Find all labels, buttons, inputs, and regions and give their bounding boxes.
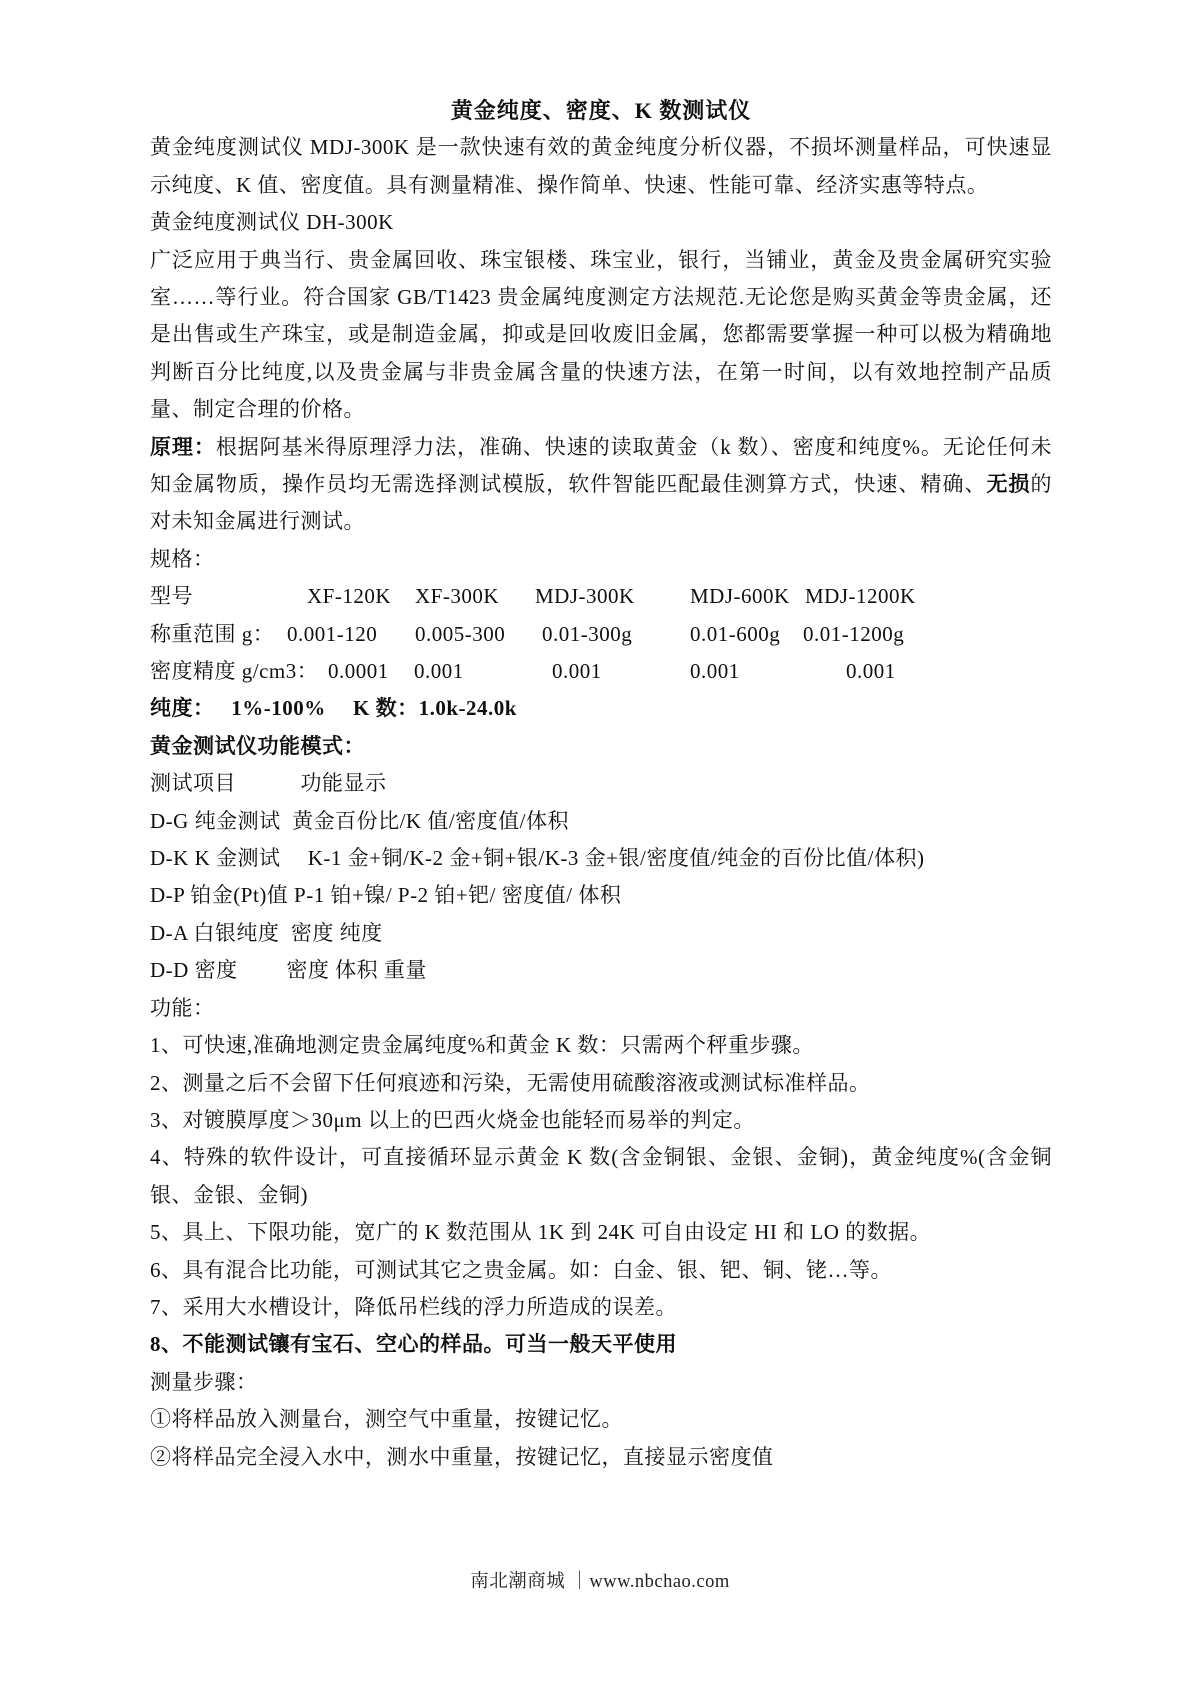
steps-heading: 测量步骤：: [150, 1364, 1052, 1401]
spec-cell-model-3: MDJ-300K: [535, 578, 635, 615]
document-page: 黄金纯度、密度、K 数测试仪 黄金纯度测试仪 MDJ-300K 是一款快速有效的…: [0, 0, 1200, 1697]
mode-line-dp: D-P 铂金(Pt)值 P-1 铂+镍/ P-2 铂+钯/ 密度值/ 体积: [150, 877, 1052, 914]
function-item-7: 7、采用大水槽设计，降低吊栏线的浮力所造成的误差。: [150, 1289, 1052, 1326]
mode-line-dg: D-G 纯金测试 黄金百份比/K 值/密度值/体积: [150, 803, 1052, 840]
spec-cell-model-label: 型号: [150, 578, 193, 615]
principle-label: 原理：: [150, 435, 216, 459]
application-paragraph: 广泛应用于典当行、贵金属回收、珠宝银楼、珠宝业，银行，当铺业，黄金及贵金属研究实…: [150, 242, 1052, 429]
spec-cell-precision-5: 0.001: [846, 653, 896, 690]
spec-cell-precision-4: 0.001: [690, 653, 740, 690]
spec-cell-model-4: MDJ-600K: [690, 578, 790, 615]
spec-cell-range-5: 0.01-1200g: [803, 616, 904, 653]
mode-line-dd: D-D 密度 密度 体积 重量: [150, 952, 1052, 989]
spec-heading: 规格：: [150, 541, 1052, 578]
step-item-1: ①将样品放入测量台，测空气中重量，按键记忆。: [150, 1401, 1052, 1438]
step-item-2: ②将样品完全浸入水中，测水中重量，按键记忆，直接显示密度值: [150, 1439, 1052, 1476]
function-item-6: 6、具有混合比功能，可测试其它之贵金属。如：白金、银、钯、铜、铑…等。: [150, 1252, 1052, 1289]
purity-range-line: 纯度： 1%-100% K 数：1.0k-24.0k: [150, 690, 1052, 727]
spec-table-row-model: 型号 XF-120K XF-300K MDJ-300K MDJ-600K MDJ…: [150, 578, 1052, 615]
spec-cell-precision-2: 0.001: [414, 653, 464, 690]
principle-text-before: 根据阿基米得原理浮力法，准确、快速的读取黄金（k 数）、密度和纯度%。无论任何未…: [150, 435, 1052, 496]
function-item-2: 2、测量之后不会留下任何痕迹和污染，无需使用硫酸溶液或测试标准样品。: [150, 1065, 1052, 1102]
spec-cell-range-label: 称重范围 g：: [150, 616, 274, 653]
spec-cell-range-3: 0.01-300g: [542, 616, 632, 653]
intro-paragraph: 黄金纯度测试仪 MDJ-300K 是一款快速有效的黄金纯度分析仪器，不损坏测量样…: [150, 129, 1052, 204]
functions-heading: 功能：: [150, 990, 1052, 1027]
spec-cell-range-2: 0.005-300: [415, 616, 505, 653]
mode-line-dk: D-K K 金测试 K-1 金+铜/K-2 金+铜+银/K-3 金+银/密度值/…: [150, 840, 1052, 877]
doc-title: 黄金纯度、密度、K 数测试仪: [150, 92, 1052, 129]
footer-text: 南北潮商城 ｜www.nbchao.com: [0, 1567, 1200, 1597]
spec-table-row-weigh-range: 称重范围 g： 0.001-120 0.005-300 0.01-300g 0.…: [150, 616, 1052, 653]
spec-cell-model-5: MDJ-1200K: [805, 578, 916, 615]
spec-cell-precision-label: 密度精度 g/cm3：: [150, 653, 318, 690]
principle-bold-term: 无损: [986, 472, 1030, 496]
mode-line-da: D-A 白银纯度 密度 纯度: [150, 915, 1052, 952]
function-item-5: 5、具上、下限功能，宽广的 K 数范围从 1K 到 24K 可自由设定 HI 和…: [150, 1214, 1052, 1251]
modes-heading: 黄金测试仪功能模式：: [150, 728, 1052, 765]
spec-cell-precision-3: 0.001: [552, 653, 602, 690]
modes-columns-header: 测试项目 功能显示: [150, 765, 1052, 802]
spec-cell-range-1: 0.001-120: [287, 616, 377, 653]
document-body: 黄金纯度、密度、K 数测试仪 黄金纯度测试仪 MDJ-300K 是一款快速有效的…: [150, 92, 1052, 1476]
function-item-8-bold: 8、不能测试镶有宝石、空心的样品。可当一般天平使用: [150, 1326, 1052, 1363]
spec-table-row-density-precision: 密度精度 g/cm3： 0.0001 0.001 0.001 0.001 0.0…: [150, 653, 1052, 690]
spec-cell-range-4: 0.01-600g: [690, 616, 780, 653]
principle-paragraph: 原理：根据阿基米得原理浮力法，准确、快速的读取黄金（k 数）、密度和纯度%。无论…: [150, 429, 1052, 541]
function-item-4: 4、特殊的软件设计，可直接循环显示黄金 K 数(含金铜银、金银、金铜)，黄金纯度…: [150, 1139, 1052, 1214]
spec-cell-model-1: XF-120K: [307, 578, 391, 615]
spec-cell-precision-1: 0.0001: [328, 653, 389, 690]
model-line: 黄金纯度测试仪 DH-300K: [150, 204, 1052, 241]
function-item-3: 3、对镀膜厚度＞30μm 以上的巴西火烧金也能轻而易举的判定。: [150, 1102, 1052, 1139]
function-item-1: 1、可快速,准确地测定贵金属纯度%和黄金 K 数：只需两个秤重步骤。: [150, 1027, 1052, 1064]
spec-cell-model-2: XF-300K: [415, 578, 499, 615]
